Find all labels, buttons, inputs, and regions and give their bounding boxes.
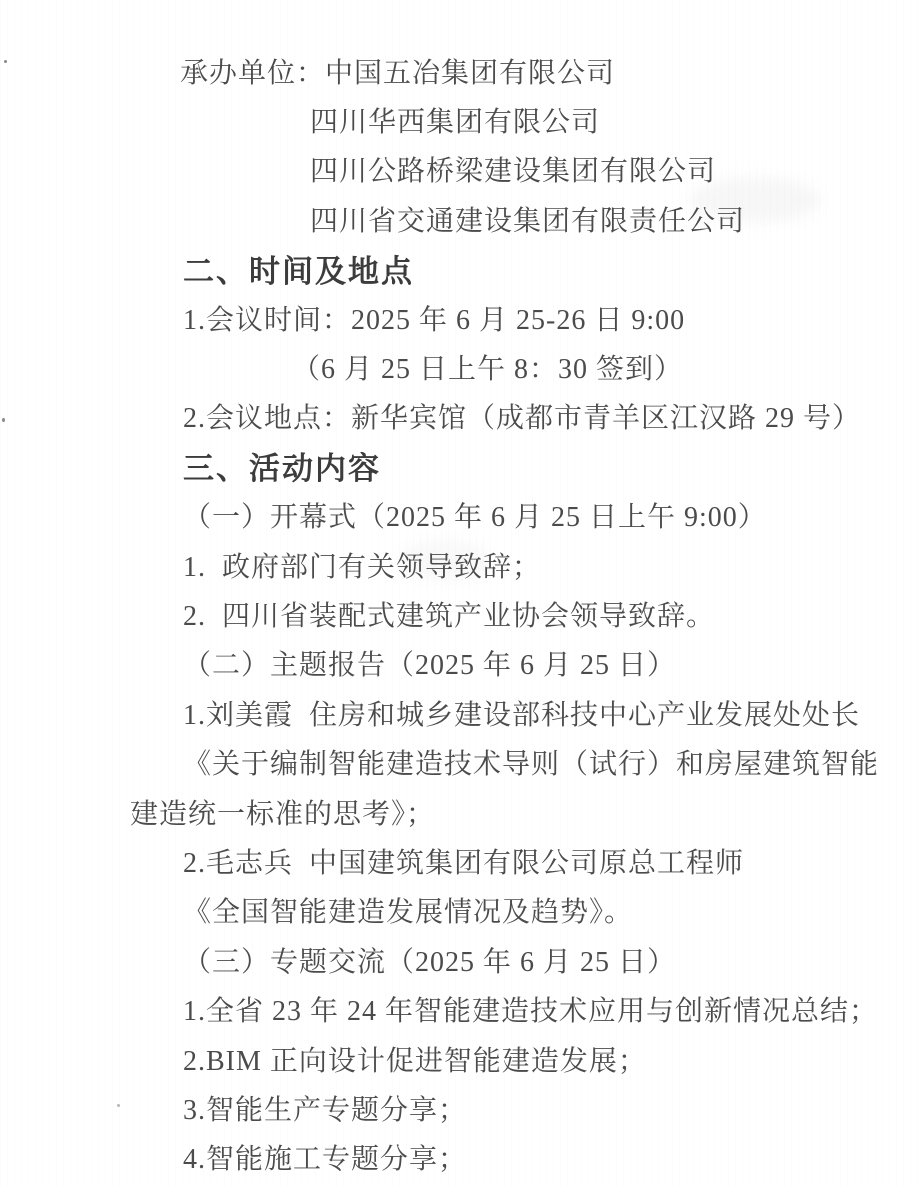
forum-item-line: 4.智能施工专题分享； bbox=[0, 1133, 920, 1182]
forum-item-line: 3.智能生产专题分享； bbox=[0, 1083, 920, 1132]
speaker-1-line: 1.刘美霞 住房和城乡建设部科技中心产业发展处处长 bbox=[0, 688, 920, 737]
opening-title-line: （一）开幕式（2025 年 6 月 25 日上午 9:00） bbox=[0, 491, 920, 540]
organizer-continuation-line: 四川省交通建设集团有限责任公司 bbox=[0, 194, 920, 243]
organizer-label: 承办单位： bbox=[180, 51, 325, 91]
organizer-item: 中国五冶集团有限公司 bbox=[325, 51, 615, 91]
organizer-item: 四川华西集团有限公司 bbox=[310, 100, 600, 140]
document-content: 承办单位：中国五冶集团有限公司 四川华西集团有限公司 四川公路桥梁建设集团有限公… bbox=[0, 0, 920, 1186]
opening-item-line: 1. 政府部门有关领导致辞； bbox=[0, 540, 920, 589]
organizer-continuation-line: 四川华西集团有限公司 bbox=[0, 95, 920, 144]
organizer-line: 承办单位：中国五冶集团有限公司 bbox=[0, 46, 920, 95]
organizer-item: 四川公路桥梁建设集团有限公司 bbox=[310, 149, 716, 189]
section-2-heading: 二、时间及地点 bbox=[0, 244, 920, 293]
meeting-time-line: 1.会议时间：2025 年 6 月 25-26 日 9:00 bbox=[0, 293, 920, 342]
speaker-1-topic-line-1: 《关于编制智能建造技术导则（试行）和房屋建筑智能 bbox=[0, 737, 920, 786]
section-3-heading: 三、活动内容 bbox=[0, 441, 920, 490]
speaker-2-line: 2.毛志兵 中国建筑集团有限公司原总工程师 bbox=[0, 836, 920, 885]
forum-title-line: （三）专题交流（2025 年 6 月 25 日） bbox=[0, 935, 920, 984]
speaker-1-topic-line-2: 建造统一标准的思考》； bbox=[0, 787, 920, 836]
speaker-2-topic-line: 《全国智能建造发展情况及趋势》。 bbox=[0, 886, 920, 935]
forum-item-line: 2.BIM 正向设计促进智能建造发展； bbox=[0, 1034, 920, 1083]
organizer-continuation-line: 四川公路桥梁建设集团有限公司 bbox=[0, 145, 920, 194]
forum-item-line: 1.全省 23 年 24 年智能建造技术应用与创新情况总结； bbox=[0, 984, 920, 1033]
keynote-title-line: （二）主题报告（2025 年 6 月 25 日） bbox=[0, 639, 920, 688]
meeting-place-line: 2.会议地点：新华宾馆（成都市青羊区江汉路 29 号） bbox=[0, 392, 920, 441]
opening-item-line: 2. 四川省装配式建筑产业协会领导致辞。 bbox=[0, 589, 920, 638]
sign-in-line: （6 月 25 日上午 8：30 签到） bbox=[0, 342, 920, 391]
organizer-item: 四川省交通建设集团有限责任公司 bbox=[310, 199, 745, 239]
document-page: 承办单位：中国五冶集团有限公司 四川华西集团有限公司 四川公路桥梁建设集团有限公… bbox=[0, 0, 920, 1186]
